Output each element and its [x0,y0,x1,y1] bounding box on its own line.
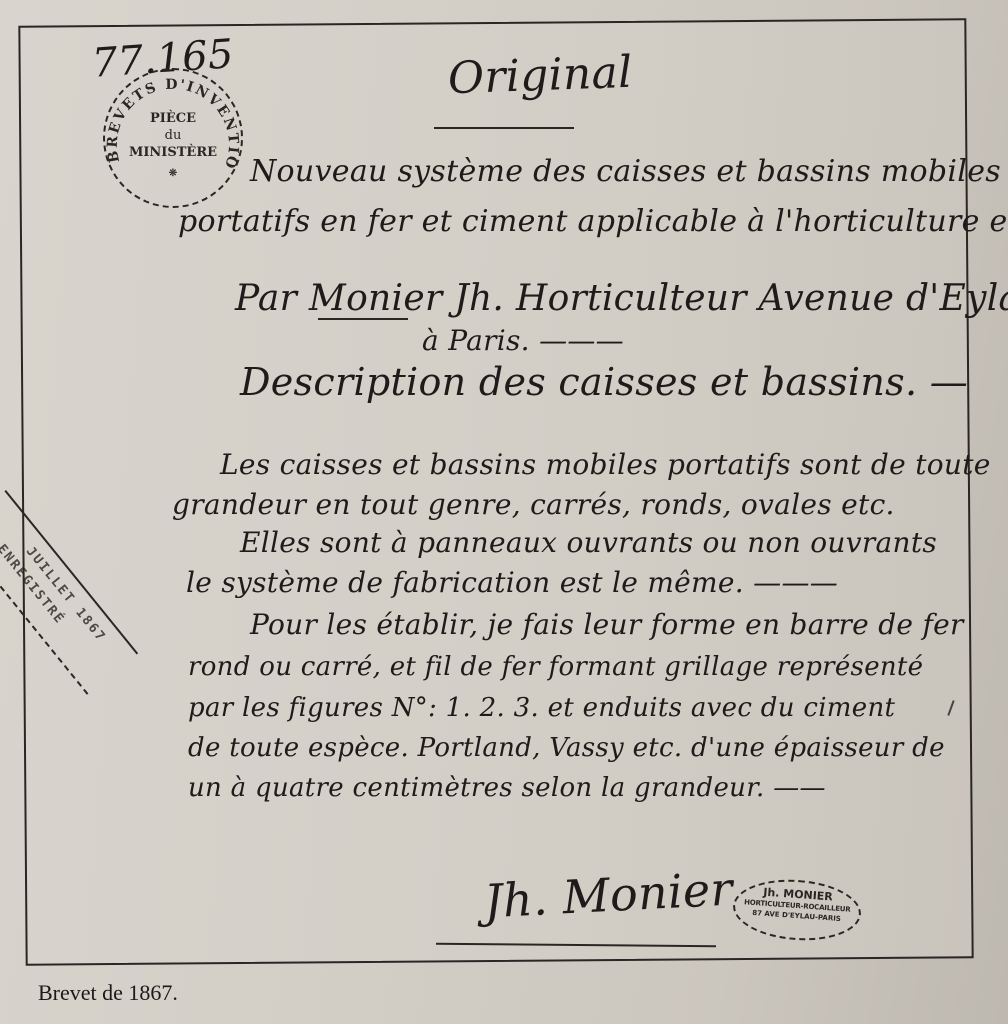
text-line-10: Pour les établir, je fais leur forme en … [250,608,964,641]
figure-caption: Brevet de 1867. [38,980,178,1006]
stamp-center-line1: PIÈCE [105,110,241,127]
text-line-1: Nouveau système des caisses et bassins m… [250,154,1008,189]
name-underline [318,318,408,320]
text-line-2: portatifs en fer et ciment applicable à … [178,204,1008,239]
title-underline [434,127,574,129]
text-line-7: grandeur en tout genre, carrés, ronds, o… [172,488,895,521]
text-line-6: Les caisses et bassins mobiles portatifs… [220,448,991,481]
stamp-center-line2: du [105,127,241,144]
book-page: 77.165 BREVETS D'INVENTION PIÈCE du MINI… [0,0,1008,1024]
text-line-12: par les figures N°: 1. 2. 3. et enduits … [188,693,895,723]
stamp-center-line3: MINISTÈRE [105,144,241,161]
text-line-14: un à quatre centimètres selon la grandeu… [188,773,826,803]
stamp-ornament-icon: ❊ [105,165,241,182]
round-stamp-brevets-invention: BREVETS D'INVENTION PIÈCE du MINISTÈRE ❊ [103,68,243,208]
text-line-8: Elles sont à panneaux ouvrants ou non ou… [240,526,937,559]
stamp-center-text: PIÈCE du MINISTÈRE ❊ [105,110,241,182]
text-line-5: Description des caisses et bassins. — [240,360,968,404]
text-line-4: à Paris. ——— [422,324,624,357]
document-title: Original [447,47,633,104]
text-line-9: le système de fabrication est le même. —… [186,566,838,599]
text-line-13: de toute espèce. Portland, Vassy etc. d'… [188,733,945,763]
text-line-3: Par Monier Jh. Horticulteur Avenue d'Eyl… [235,278,1008,319]
text-line-11: rond ou carré, et fil de fer formant gri… [188,652,923,682]
